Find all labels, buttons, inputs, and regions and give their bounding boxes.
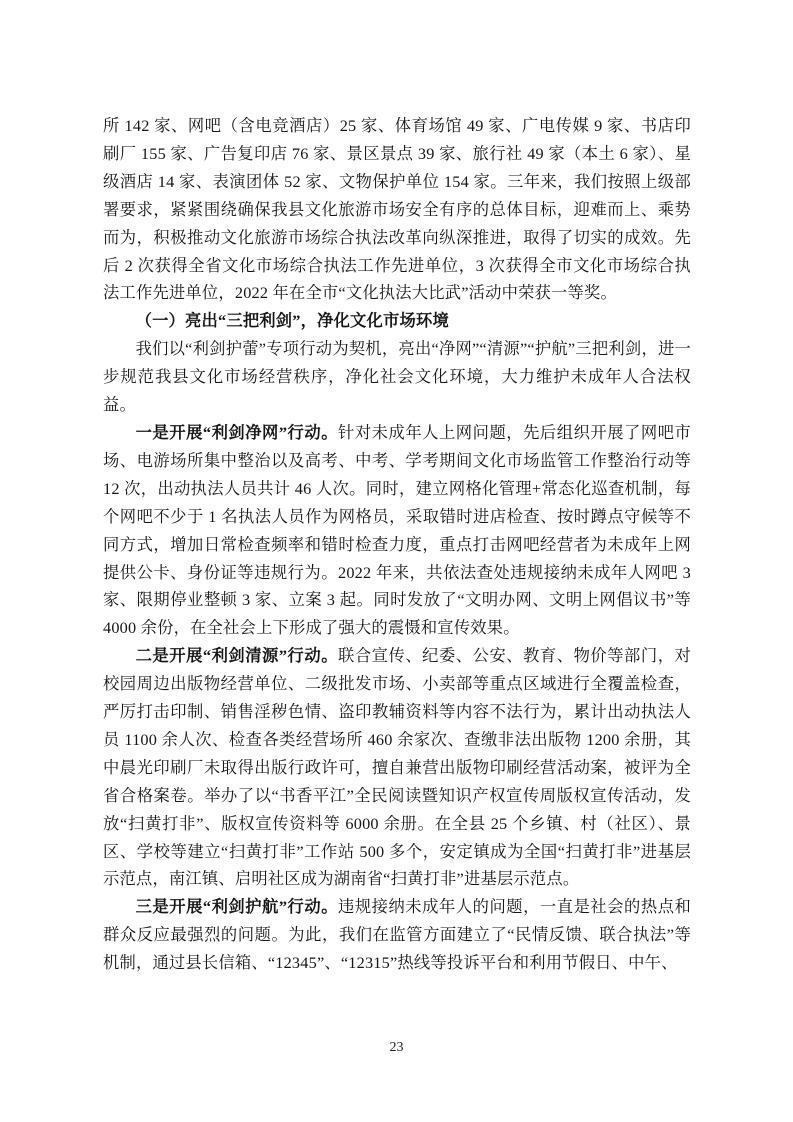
paragraph-text: 联合宣传、纪委、公安、教育、物价等部门，对校园周边出版物经营单位、二级批发市场、… <box>103 646 691 888</box>
paragraph-continuation: 所 142 家、网吧（含电竞酒店）25 家、体育场馆 49 家、广电传媒 9 家… <box>103 112 691 307</box>
paragraph-text: 针对未成年人上网问题，先后组织开展了网吧市场、电游场所集中整治以及高考、中考、学… <box>103 423 691 637</box>
paragraph-intro: 我们以“利剑护蕾”专项行动为契机，亮出“净网”“清源”“护航”三把利剑，进一步规… <box>103 335 691 419</box>
page-footer: 23 <box>0 1038 793 1058</box>
document-body: 所 142 家、网吧（含电竞酒店）25 家、体育场馆 49 家、广电传媒 9 家… <box>103 112 691 977</box>
paragraph-third-action: 三是开展“利剑护航”行动。违规接纳未成年人的问题，一直是社会的热点和群众反应最强… <box>103 893 691 977</box>
paragraph-lead: 二是开展“利剑清源”行动。 <box>136 646 338 665</box>
paragraph-lead: 一是开展“利剑净网”行动。 <box>136 423 338 442</box>
paragraph-lead: 三是开展“利剑护航”行动。 <box>136 897 338 916</box>
paragraph-first-action: 一是开展“利剑净网”行动。针对未成年人上网问题，先后组织开展了网吧市场、电游场所… <box>103 419 691 642</box>
paragraph-second-action: 二是开展“利剑清源”行动。联合宣传、纪委、公安、教育、物价等部门，对校园周边出版… <box>103 642 691 893</box>
section-heading: （一）亮出“三把利剑”，净化文化市场环境 <box>103 307 691 335</box>
page-number: 23 <box>390 1040 404 1055</box>
document-page: 所 142 家、网吧（含电竞酒店）25 家、体育场馆 49 家、广电传媒 9 家… <box>0 0 793 1122</box>
